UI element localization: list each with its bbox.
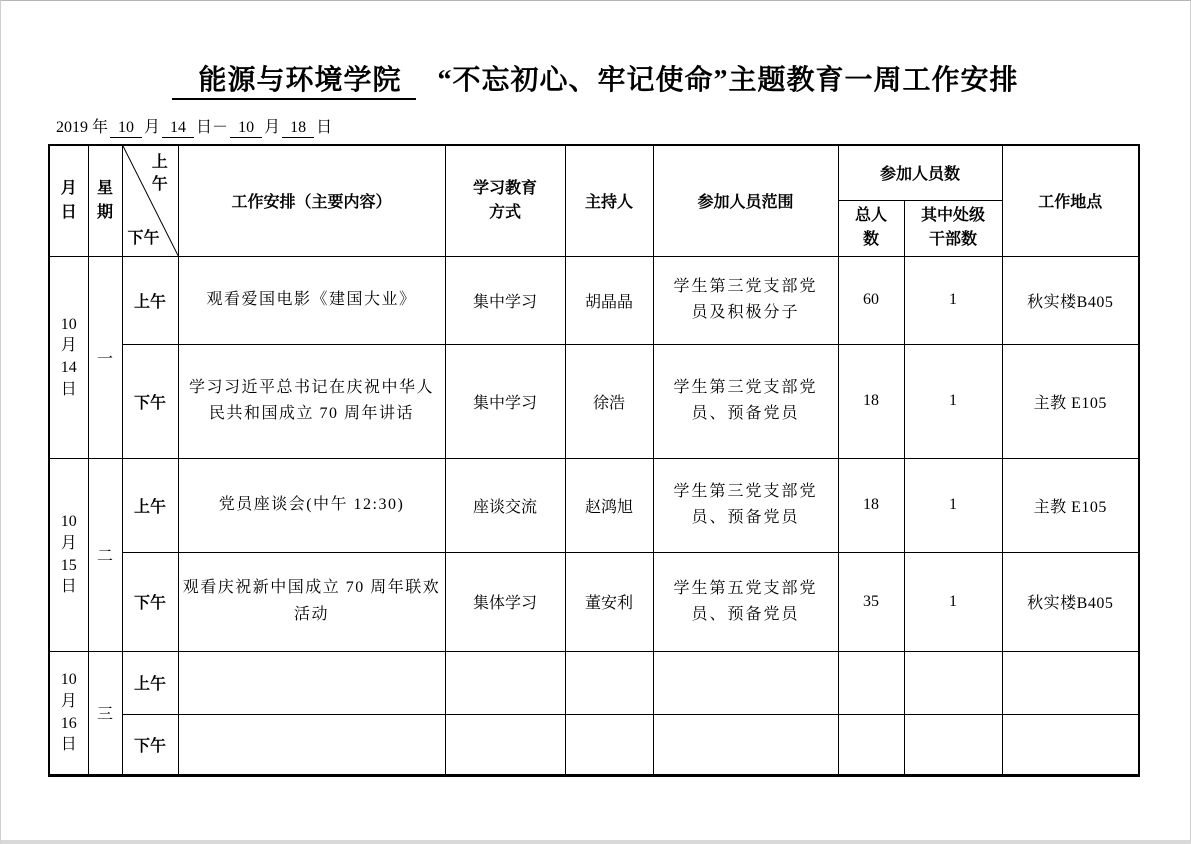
location-cell: 主教 E105 [1002, 344, 1139, 458]
table-row: 下午 观看庆祝新中国成立 70 周年联欢活动 集体学习 董安利 学生第五党支部党… [49, 552, 1139, 651]
date-dash: － [212, 119, 228, 136]
date-end-month: 10 [230, 119, 262, 138]
method-cell: 座谈交流 [445, 458, 565, 552]
host-cell [565, 651, 653, 714]
header-total-count: 总人数 [838, 200, 904, 256]
total-count-cell [838, 651, 904, 714]
header-month-day: 月日 [49, 145, 88, 256]
cadre-count-cell [904, 651, 1002, 714]
period-cell: 上午 [122, 256, 178, 344]
period-cell: 下午 [122, 552, 178, 651]
date-month-unit-2: 月 [264, 119, 280, 136]
table-row: 下午 [49, 714, 1139, 775]
total-count-cell: 60 [838, 256, 904, 344]
table-row: 10 月 14 日 一 上午 观看爱国电影《建国大业》 集中学习 胡晶晶 学生第… [49, 256, 1139, 344]
host-cell: 胡晶晶 [565, 256, 653, 344]
host-cell: 徐浩 [565, 344, 653, 458]
cadre-count-cell: 1 [904, 256, 1002, 344]
date-end-day: 18 [282, 119, 314, 138]
location-cell [1002, 714, 1139, 775]
date-day-unit: 日 [196, 119, 212, 136]
total-count-cell: 35 [838, 552, 904, 651]
host-cell: 赵鸿旭 [565, 458, 653, 552]
cadre-count-cell: 1 [904, 552, 1002, 651]
date-cell-oct15: 10 月 15 日 [49, 458, 88, 651]
location-cell [1002, 651, 1139, 714]
method-cell [445, 714, 565, 775]
date-range-line: 2019 年10月14日－10月18日 [56, 114, 332, 138]
total-count-cell [838, 714, 904, 775]
header-cadre-count: 其中处级干部数 [904, 200, 1002, 256]
date-start-month: 10 [110, 119, 142, 138]
scope-cell: 学生第五党支部党员、预备党员 [653, 552, 838, 651]
work-content-cell [178, 714, 445, 775]
title-theme-text: “不忘初心、牢记使命”主题教育一周工作安排 [438, 65, 1019, 96]
weekday-cell-wednesday: 三 [88, 651, 122, 775]
total-count-cell: 18 [838, 344, 904, 458]
period-cell: 上午 [122, 651, 178, 714]
date-start-day: 14 [162, 119, 194, 138]
date-year: 2019 [56, 119, 88, 136]
method-cell: 集体学习 [445, 552, 565, 651]
work-content-cell: 学习习近平总书记在庆祝中华人民共和国成立 70 周年讲话 [178, 344, 445, 458]
table-row: 10 月 16 日 三 上午 [49, 651, 1139, 714]
scope-cell: 学生第三党支部党员及积极分子 [653, 256, 838, 344]
method-cell [445, 651, 565, 714]
date-year-unit: 年 [92, 119, 108, 136]
method-cell: 集中学习 [445, 344, 565, 458]
host-cell [565, 714, 653, 775]
header-study-method: 学习教育方式 [445, 145, 565, 256]
period-cell: 下午 [122, 714, 178, 775]
header-host: 主持人 [565, 145, 653, 256]
header-weekday: 星期 [88, 145, 122, 256]
weekly-schedule-table: 月日 星期 上午 下午 工作安排（主要内容） 学习教育方式 主持人 参加人员 [48, 144, 1140, 777]
location-cell: 主教 E105 [1002, 458, 1139, 552]
table-row: 下午 学习习近平总书记在庆祝中华人民共和国成立 70 周年讲话 集中学习 徐浩 … [49, 344, 1139, 458]
header-location: 工作地点 [1002, 145, 1139, 256]
date-day-unit-2: 日 [316, 119, 332, 136]
total-count-cell: 18 [838, 458, 904, 552]
work-content-cell [178, 651, 445, 714]
period-cell: 上午 [122, 458, 178, 552]
header-pm-label: 下午 [128, 225, 160, 248]
scope-cell: 学生第三党支部党员、预备党员 [653, 344, 838, 458]
location-cell: 秋实楼B405 [1002, 256, 1139, 344]
method-cell: 集中学习 [445, 256, 565, 344]
cadre-count-cell [904, 714, 1002, 775]
cadre-count-cell: 1 [904, 458, 1002, 552]
header-participant-scope: 参加人员范围 [653, 145, 838, 256]
location-cell: 秋实楼B405 [1002, 552, 1139, 651]
date-cell-oct14: 10 月 14 日 [49, 256, 88, 458]
header-participant-count-group: 参加人员数 [838, 145, 1002, 200]
weekday-cell-tuesday: 二 [88, 458, 122, 651]
header-am-pm-diagonal: 上午 下午 [122, 145, 178, 256]
scope-cell [653, 714, 838, 775]
work-content-cell: 党员座谈会(中午 12:30) [178, 458, 445, 552]
scope-cell [653, 651, 838, 714]
header-work-content: 工作安排（主要内容） [178, 145, 445, 256]
weekday-cell-monday: 一 [88, 256, 122, 458]
cadre-count-cell: 1 [904, 344, 1002, 458]
title-college-name: 能源与环境学院 [172, 65, 415, 100]
date-cell-oct16: 10 月 16 日 [49, 651, 88, 775]
work-content-cell: 观看庆祝新中国成立 70 周年联欢活动 [178, 552, 445, 651]
table-row: 10 月 15 日 二 上午 党员座谈会(中午 12:30) 座谈交流 赵鸿旭 … [49, 458, 1139, 552]
period-cell: 下午 [122, 344, 178, 458]
work-content-cell: 观看爱国电影《建国大业》 [178, 256, 445, 344]
header-am-label: 上午 [151, 152, 169, 197]
scope-cell: 学生第三党支部党员、预备党员 [653, 458, 838, 552]
document-page: 能源与环境学院“不忘初心、牢记使命”主题教育一周工作安排 2019 年10月14… [0, 0, 1191, 844]
host-cell: 董安利 [565, 552, 653, 651]
page-title: 能源与环境学院“不忘初心、牢记使命”主题教育一周工作安排 [1, 58, 1190, 98]
date-month-unit: 月 [144, 119, 160, 136]
